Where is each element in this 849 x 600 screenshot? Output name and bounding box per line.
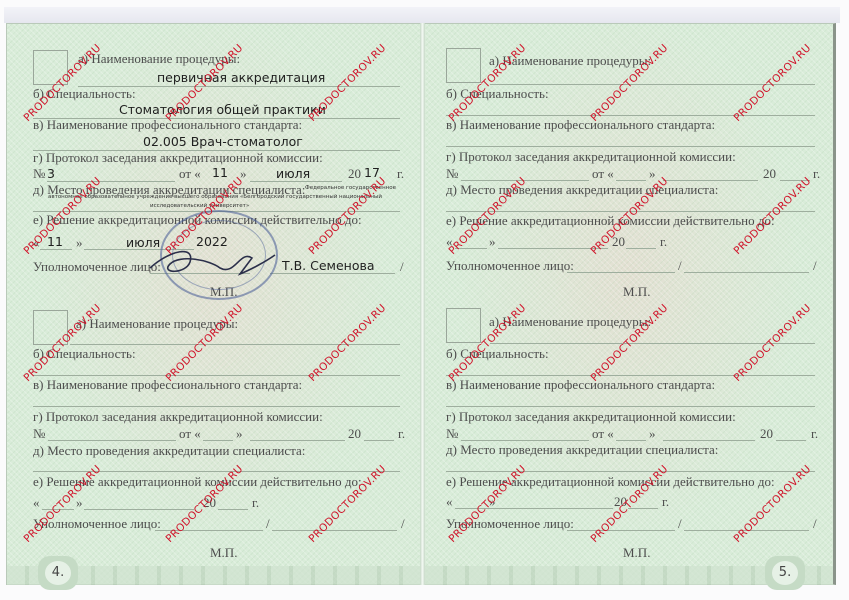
label-number: № xyxy=(446,426,458,442)
label-place: д) Место проведения аккредитации специал… xyxy=(446,182,718,198)
slash: / xyxy=(678,516,682,532)
slash: / xyxy=(813,258,817,274)
year-suffix: г. xyxy=(811,426,818,442)
underline xyxy=(272,530,397,531)
checkbox-procedure xyxy=(446,308,481,343)
label-place: д) Место проведения аккредитации специал… xyxy=(33,443,305,459)
label-mp: М.П. xyxy=(623,545,650,561)
label-protocol: г) Протокол заседания аккредитационной к… xyxy=(446,149,736,165)
slash: / xyxy=(678,258,682,274)
label-from: от « xyxy=(592,166,614,182)
underline xyxy=(270,273,395,274)
label-authorized: Уполномоченное лицо: xyxy=(446,258,574,274)
year-suffix: г. xyxy=(398,426,405,442)
value-specialty: Стоматология общей практики xyxy=(119,102,326,117)
underline xyxy=(446,115,815,116)
year-suffix: г. xyxy=(813,166,820,182)
label-standard: в) Наименование профессионального станда… xyxy=(446,377,715,393)
page-number: 4. xyxy=(45,561,71,585)
page-number-badge: 4. xyxy=(38,556,78,590)
label-from: от « xyxy=(592,426,614,442)
quote-close: » xyxy=(489,234,496,250)
label-mp: М.П. xyxy=(210,545,237,561)
year-prefix: 20 xyxy=(348,166,361,182)
slash: / xyxy=(266,516,270,532)
underline xyxy=(663,440,755,441)
quote-close: » xyxy=(649,166,656,182)
year-prefix: 20 xyxy=(348,426,361,442)
year-prefix: 20 xyxy=(760,426,773,442)
underline xyxy=(776,440,806,441)
checkbox-procedure xyxy=(446,48,481,83)
book-spine xyxy=(420,23,425,585)
label-protocol: г) Протокол заседания аккредитационной к… xyxy=(33,150,323,166)
label-mp: М.П. xyxy=(623,284,650,300)
year-suffix: г. xyxy=(660,234,667,250)
underline xyxy=(203,440,233,441)
year-suffix: г. xyxy=(252,495,259,511)
quote-open: « xyxy=(446,494,453,510)
page-number: 5. xyxy=(772,561,798,585)
quote-close: » xyxy=(236,426,243,442)
underline xyxy=(446,406,815,407)
underline xyxy=(567,530,675,531)
underline xyxy=(446,471,815,472)
label-protocol: г) Протокол заседания аккредитационной к… xyxy=(446,409,736,425)
page-number-badge: 5. xyxy=(765,556,805,590)
label-protocol: г) Протокол заседания аккредитационной к… xyxy=(33,409,323,425)
quote-close: » xyxy=(649,426,656,442)
slash: / xyxy=(400,259,404,275)
underline xyxy=(446,375,815,376)
quote-open: « xyxy=(33,495,40,511)
signature-icon xyxy=(140,240,280,280)
underline xyxy=(40,249,72,250)
underline xyxy=(567,272,675,273)
underline xyxy=(33,406,400,407)
underline xyxy=(446,146,815,147)
value-place-3: исследовательский университет» xyxy=(150,203,249,209)
underline xyxy=(461,440,589,441)
value-protocol-number: 3 xyxy=(47,166,55,181)
underline xyxy=(250,440,345,441)
label-number: № xyxy=(446,166,458,182)
underline xyxy=(684,272,809,273)
value-authorized-name: Т.В. Семенова xyxy=(282,258,375,273)
label-place: д) Место проведения аккредитации специал… xyxy=(446,442,718,458)
underline xyxy=(33,375,400,376)
label-from: от « xyxy=(179,166,201,182)
year-suffix: г. xyxy=(397,166,404,182)
value-standard: 02.005 Врач-стоматолог xyxy=(143,134,303,149)
slash: / xyxy=(813,516,817,532)
year-prefix: 20 xyxy=(763,166,776,182)
underline xyxy=(616,180,646,181)
underline xyxy=(364,440,394,441)
underline xyxy=(218,509,248,510)
label-from: от « xyxy=(179,426,201,442)
quote-close: » xyxy=(76,235,83,251)
underline xyxy=(84,509,194,510)
label-number: № xyxy=(33,426,45,442)
label-number: № xyxy=(33,166,45,182)
underline xyxy=(616,440,646,441)
value-protocol-month: июля xyxy=(276,166,310,181)
value-procedure: первичная аккредитация xyxy=(157,70,325,85)
year-suffix: г. xyxy=(662,494,669,510)
scan-top-edge xyxy=(4,7,840,23)
label-standard: в) Наименование профессионального станда… xyxy=(446,117,715,133)
value-protocol-day: 11 xyxy=(212,165,228,180)
underline xyxy=(626,248,656,249)
slash: / xyxy=(401,516,405,532)
underline xyxy=(663,180,758,181)
underline xyxy=(48,440,176,441)
